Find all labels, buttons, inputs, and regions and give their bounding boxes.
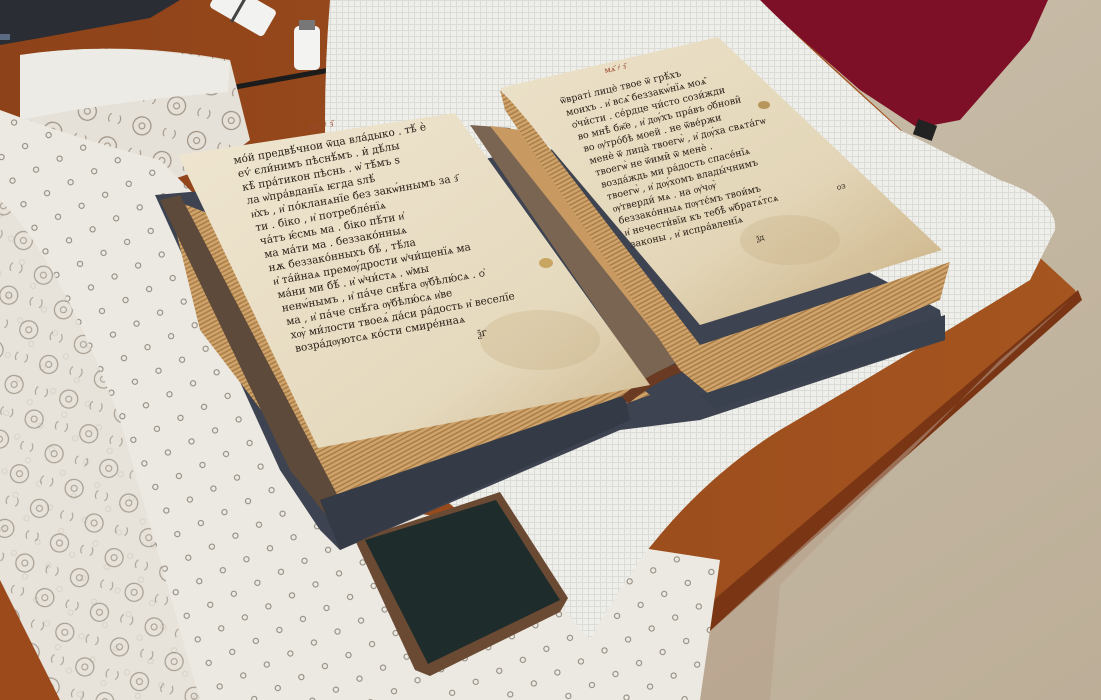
photo-scene: мѧ҃ ҂ з҃ мо́й предвѣ́чнои ѿца вла́дыко .… [0,0,1101,700]
right-page-text-layer: мѧ҃ ҂ з҃ ѿвраті лицѐ твое ѿ грѣ́хъ моихъ… [0,0,1101,700]
right-page-folio: ѯд [755,233,765,244]
right-page-side-mark: ѻз [836,181,847,192]
right-page-header: мѧ҃ ҂ з҃ [604,61,629,75]
